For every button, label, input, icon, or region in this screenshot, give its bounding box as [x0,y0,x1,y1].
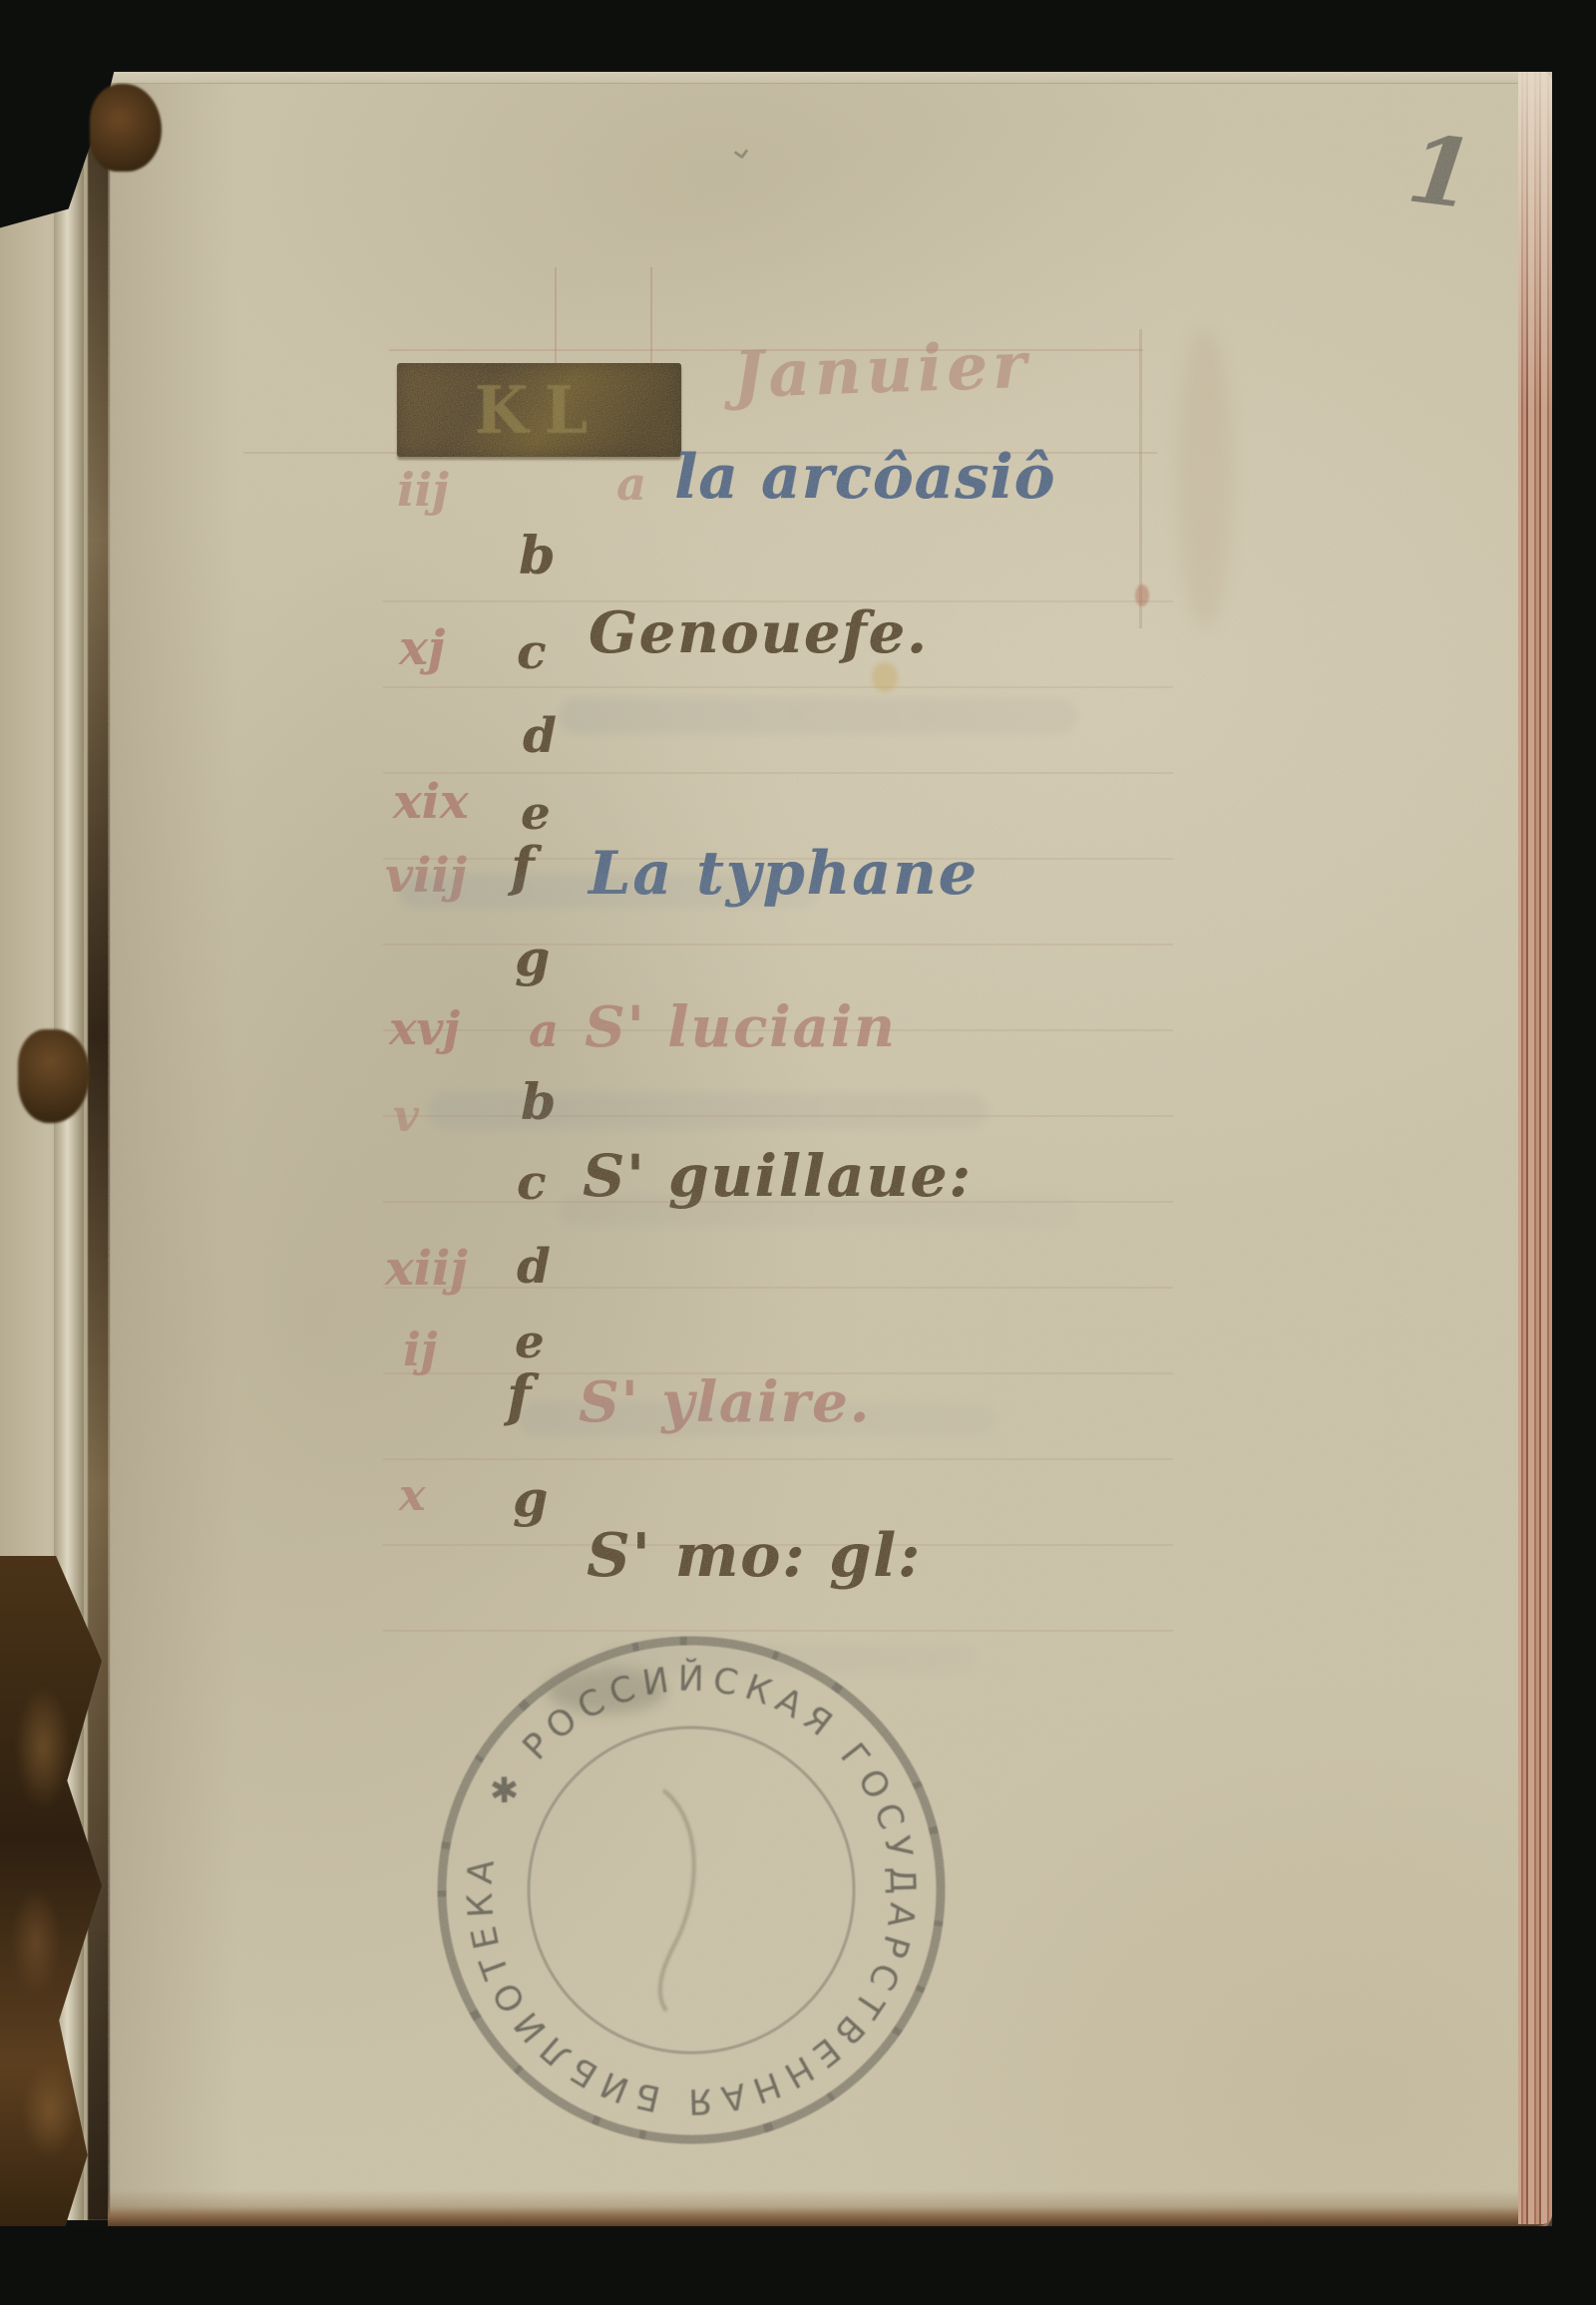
month-heading: Januier [732,334,1032,408]
page-bottom-edge [108,2190,1552,2230]
dominical-letter: g [513,1474,548,1524]
dominical-letter: c [517,628,546,676]
golden-number: iij [397,467,449,513]
backdrop-bottom [0,2226,1596,2305]
kl-monogram: KL [475,372,603,449]
library-stamp: ✱ РОССИЙСКАЯ ГОСУДАРСТВЕННАЯ БИБЛИОТЕКА [427,1626,956,2154]
show-through-artifact [559,698,1077,734]
pencil-squiggle [660,1790,694,2011]
dominical-letter: g [515,934,550,983]
folio-number: 1 [1403,122,1479,222]
feast-entry: la arcôasiô [674,447,1055,508]
kl-monogram-block: KL [397,363,681,457]
stain [1135,584,1149,606]
dominical-letter: a [616,461,646,507]
show-through-artifact [519,1402,997,1436]
feast-entry: S' luciain [585,999,897,1055]
show-through-artifact [559,1195,1077,1227]
ruling-line [650,267,652,365]
backdrop-top [0,0,1596,72]
ruling-line [555,267,557,365]
fore-edge-highlight [1518,72,1552,411]
feast-entry: Genouefe. [589,604,929,661]
golden-number: xix [393,778,468,826]
golden-number: xj [399,624,445,672]
backdrop-right [1552,0,1596,2305]
dominical-letter: e [515,1319,544,1364]
show-through-artifact [399,874,818,908]
dominical-letter: d [523,712,557,760]
binding-tear-highlight [8,1636,78,2194]
ruling-grid [383,517,1173,1634]
manuscript-photo: 1 ⌄ KL Januier iij a la arcôasiô b xj c … [0,0,1596,2305]
page-top-edge [108,70,1552,84]
dominical-letter: a [529,1007,559,1053]
feast-entry: S' mo: gl: [587,1526,922,1586]
dominical-letter: d [517,1243,551,1291]
golden-number: xvj [389,1005,460,1051]
show-through-artifact [429,1093,988,1129]
stain [1177,329,1233,628]
dominical-letter: e [521,790,550,836]
golden-number: v [393,1095,419,1139]
dominical-letter: b [519,531,555,582]
golden-number: ij [403,1327,437,1372]
stain [872,662,898,692]
binding-knot [90,84,162,172]
dominical-letter: c [517,1159,546,1207]
golden-number: xiij [385,1245,467,1293]
golden-number: x [399,1474,425,1518]
